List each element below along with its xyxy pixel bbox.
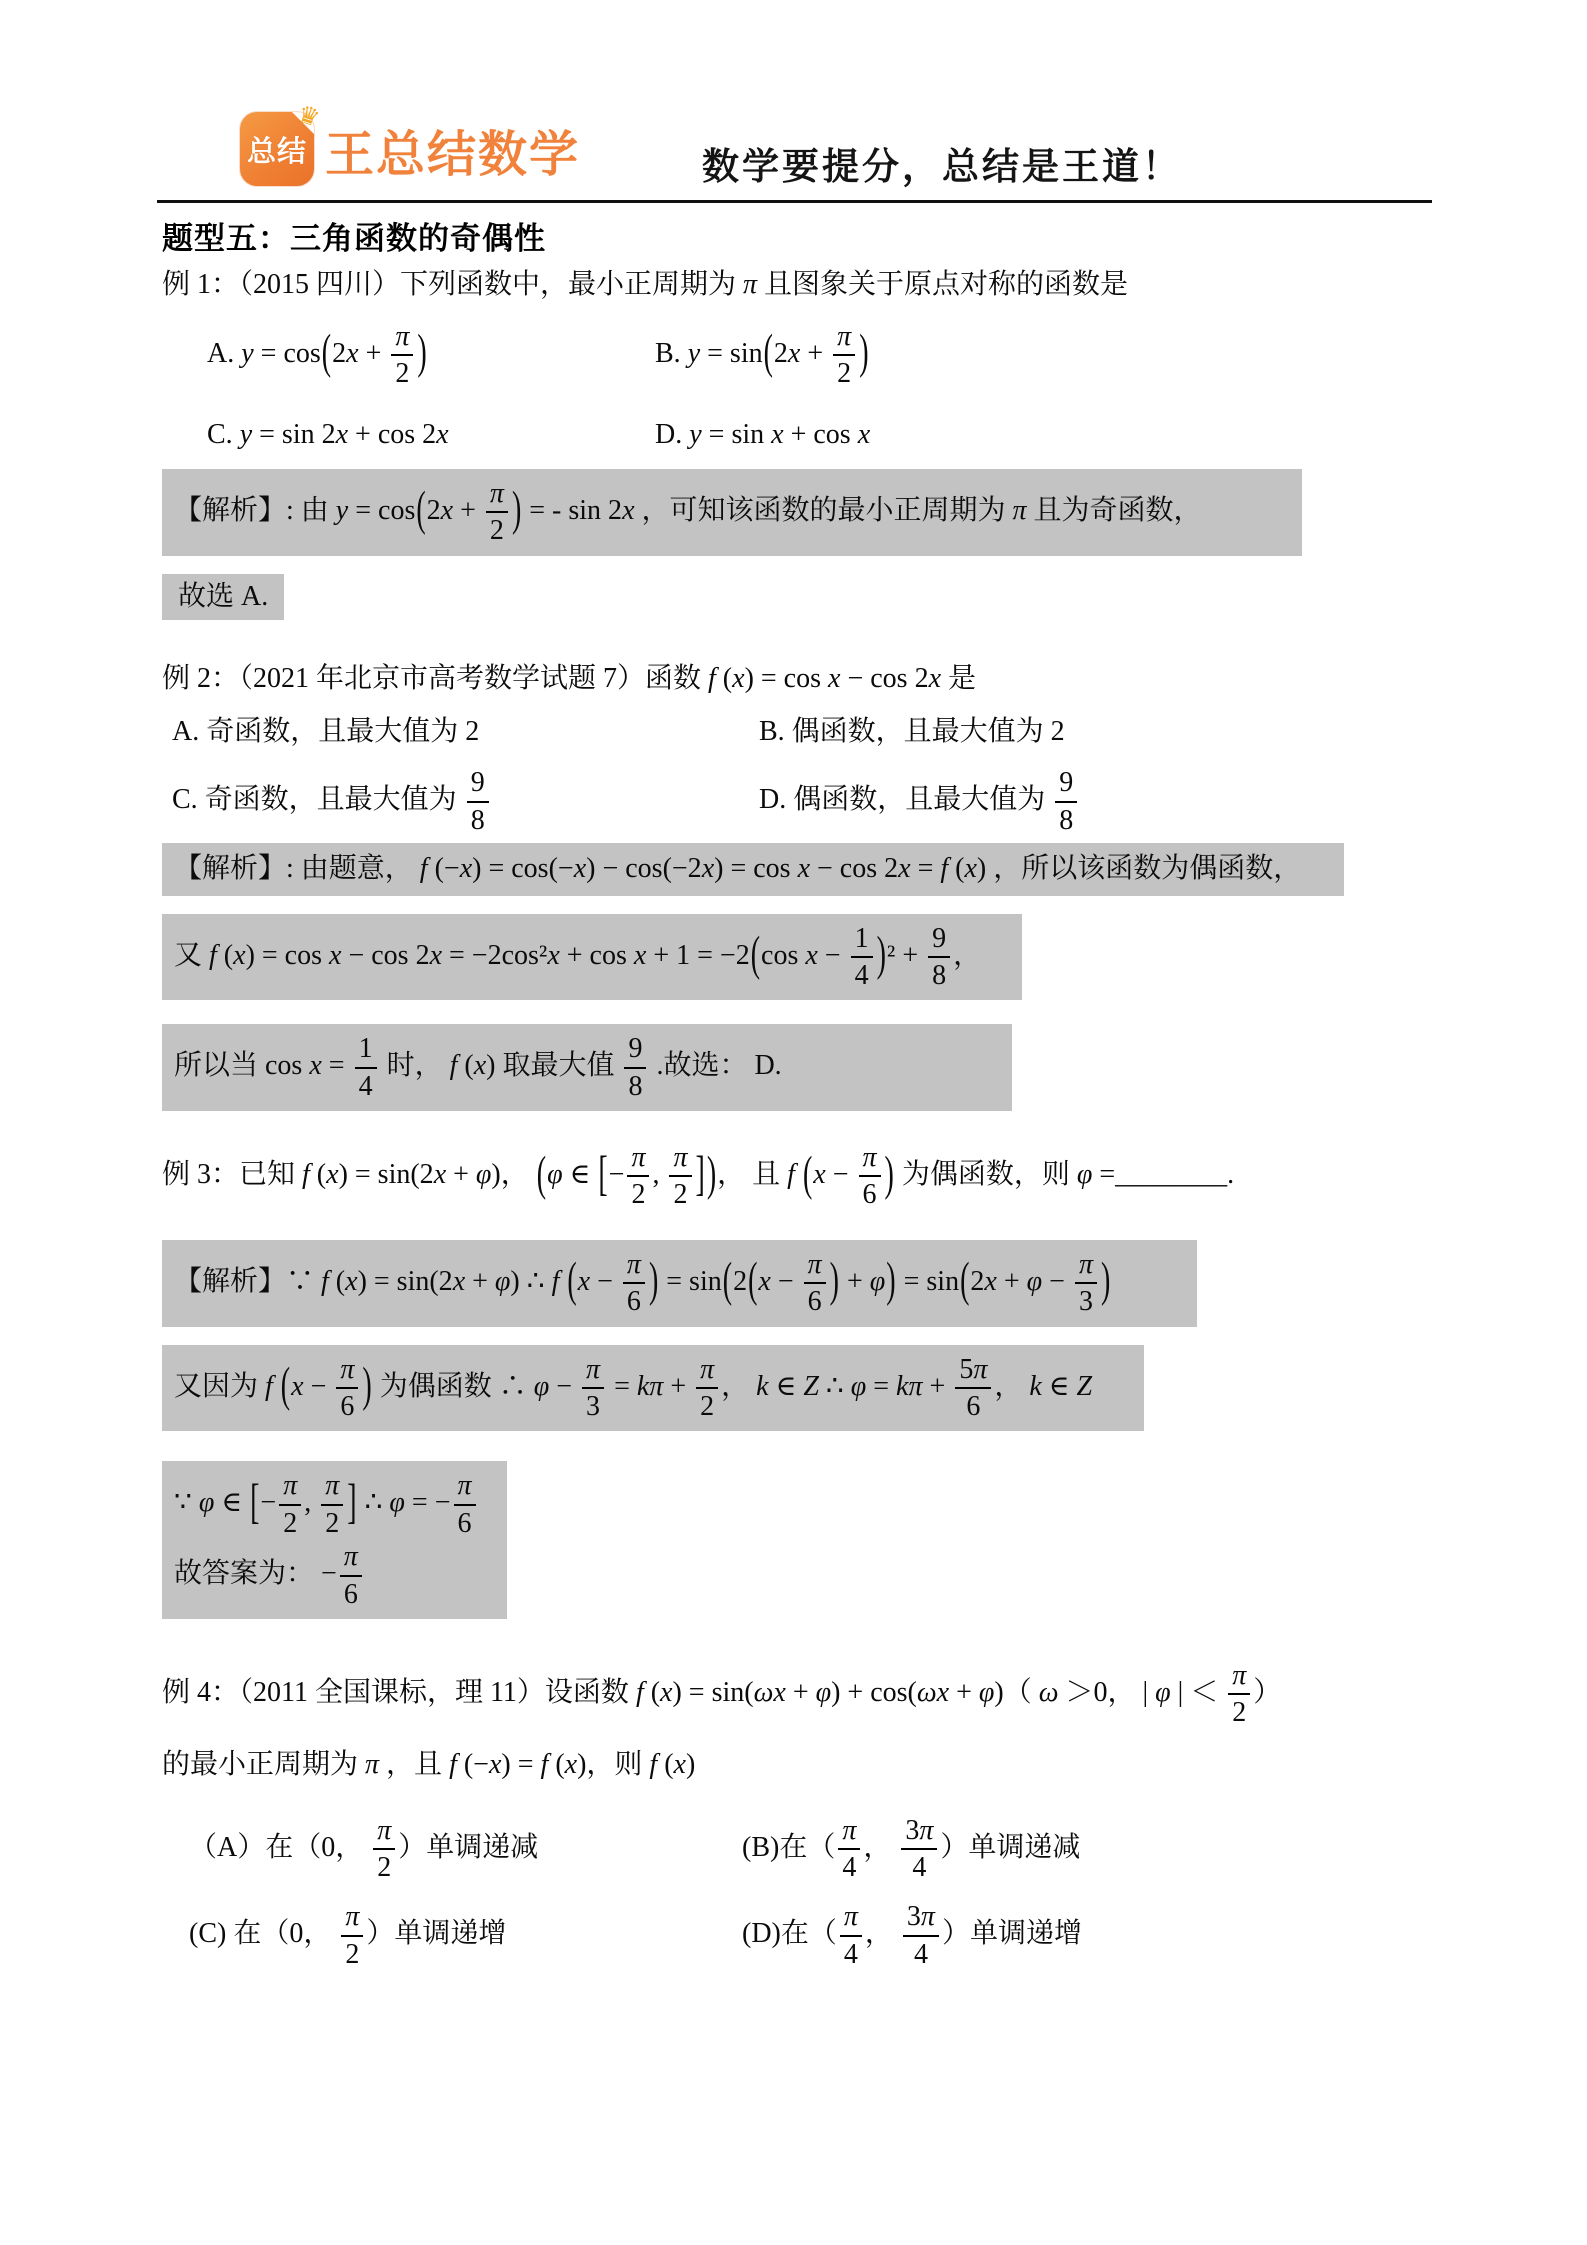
example3-solution-1: 【解析】∵ f (x) = sin(2x + φ) ∴ f (x − π6) =… <box>162 1240 1197 1327</box>
example1-option-a: A. y = cos(2x + π2) <box>207 320 655 391</box>
example4-options-ab: （A）在（0， π2）单调递减 (B)在（π4， 3π4）单调递减 <box>162 1814 1437 1885</box>
example2-options-ab: A. 奇函数，且最大值为 2 B. 偶函数，且最大值为 2 <box>162 714 1437 750</box>
crown-icon: ♛ <box>295 99 324 132</box>
example2-option-d: D. 偶函数，且最大值为 98 <box>759 766 1080 837</box>
brand-slogan: 数学要提分，总结是王道！ <box>702 136 1182 190</box>
logo-icon-label: 总结 <box>247 129 307 170</box>
example2-solution-2: 又 f (x) = cos x − cos 2x = −2cos²x + cos… <box>162 914 1022 1001</box>
example2-heading: 例 2：（2021 年北京市高考数学试题 7）函数 f (x) = cos x … <box>162 660 1437 698</box>
example4-option-b: (B)在（π4， 3π4）单调递减 <box>742 1814 1080 1885</box>
example1-answer: 故选 A. <box>162 574 284 620</box>
example2-options-cd: C. 奇函数，且最大值为 98 D. 偶函数，且最大值为 98 <box>162 766 1437 837</box>
example2-solution-1: 【解析】: 由题意， f (−x) = cos(−x) − cos(−2x) =… <box>162 843 1344 895</box>
example3-heading: 例 3：已知 f (x) = sin(2x + φ)， (φ ∈ [−π2, π… <box>162 1141 1437 1212</box>
example1-solution: 【解析】: 由 y = cos(2x + π2) = - sin 2x ，可知该… <box>162 469 1302 556</box>
document-body: 题型五：三角函数的奇偶性 例 1：（2015 四川）下列函数中，最小正周期为 π… <box>162 213 1437 1971</box>
example4-heading-line2: 的最小正周期为 π ，且 f (−x) = f (x)，则 f (x) <box>162 1746 1437 1784</box>
example1-options-cd: C. y = sin 2x + cos 2x D. y = sin x + co… <box>162 417 1437 453</box>
brand-logo-icon: 总结 ♛ <box>240 112 314 186</box>
page-title: 题型五：三角函数的奇偶性 <box>162 213 1437 258</box>
page-header: 总结 ♛ 王总结数学 数学要提分，总结是王道！ <box>157 0 1432 203</box>
brand-name: 王总结数学 <box>325 116 580 186</box>
example2-solution-3: 所以当 cos x = 14 时， f (x) 取最大值 98 .故选： D. <box>162 1024 1012 1111</box>
example2-option-c: C. 奇函数，且最大值为 98 <box>172 766 759 837</box>
example1-options-ab: A. y = cos(2x + π2) B. y = sin(2x + π2) <box>162 320 1437 391</box>
example3-solution-2: 又因为 f (x − π6) 为偶函数 ∴ φ − π3 = kπ + π2， … <box>162 1345 1144 1432</box>
example4-option-d: (D)在（π4， 3π4）单调递增 <box>742 1900 1082 1971</box>
worksheet-page: 总结 ♛ 王总结数学 数学要提分，总结是王道！ 题型五：三角函数的奇偶性 例 1… <box>0 0 1587 2245</box>
example4-option-c: (C) 在（0， π2）单调递增 <box>189 1900 742 1971</box>
example2-option-a: A. 奇函数，且最大值为 2 <box>172 714 759 750</box>
example2-option-b: B. 偶函数，且最大值为 2 <box>759 714 1065 750</box>
example4-heading-line1: 例 4：（2011 全国课标，理 11）设函数 f (x) = sin(ωx +… <box>162 1659 1437 1730</box>
example4-option-a: （A）在（0， π2）单调递减 <box>189 1814 742 1885</box>
example1-option-c: C. y = sin 2x + cos 2x <box>207 417 655 453</box>
example3-solution-3: ∵ φ ∈ [−π2, π2] ∴ φ = −π6 故答案为： −π6 <box>162 1461 507 1619</box>
example4-options-cd: (C) 在（0， π2）单调递增 (D)在（π4， 3π4）单调递增 <box>162 1900 1437 1971</box>
example1-option-b: B. y = sin(2x + π2) <box>655 320 870 391</box>
example1-option-d: D. y = sin x + cos x <box>655 417 870 453</box>
example1-heading: 例 1：（2015 四川）下列函数中，最小正周期为 π 且图象关于原点对称的函数… <box>162 266 1437 304</box>
